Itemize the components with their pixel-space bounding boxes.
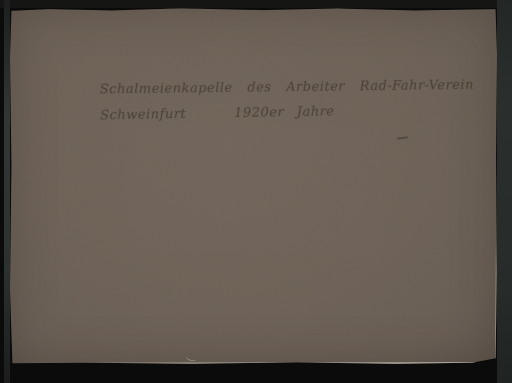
scan-background: Schalmeienkapelle des Arbeiter Rad-Fahr-… [0,0,512,383]
pencil-inscription: Schalmeienkapelle des Arbeiter Rad-Fahr-… [100,78,480,124]
inscription-date: 1920er Jahre [234,104,335,121]
photo-card-verso: Schalmeienkapelle des Arbeiter Rad-Fahr-… [10,8,497,364]
card-bottom-edge-highlight [20,362,492,364]
scanner-bed-right-strip [497,0,512,383]
scratch-mark [185,353,197,362]
scanner-bed-top-strip [0,0,512,8]
card-top-edge-highlight [29,8,477,9]
inscription-place: Schweinfurt [100,107,186,123]
scanner-bed-left-strip [4,0,10,383]
paper-grain-texture [10,8,497,364]
pencil-dash-mark [397,136,408,140]
inscription-line-2: Schweinfurt1920er Jahre [100,102,480,125]
inscription-line-1: Schalmeienkapelle des Arbeiter Rad-Fahr-… [100,78,480,99]
